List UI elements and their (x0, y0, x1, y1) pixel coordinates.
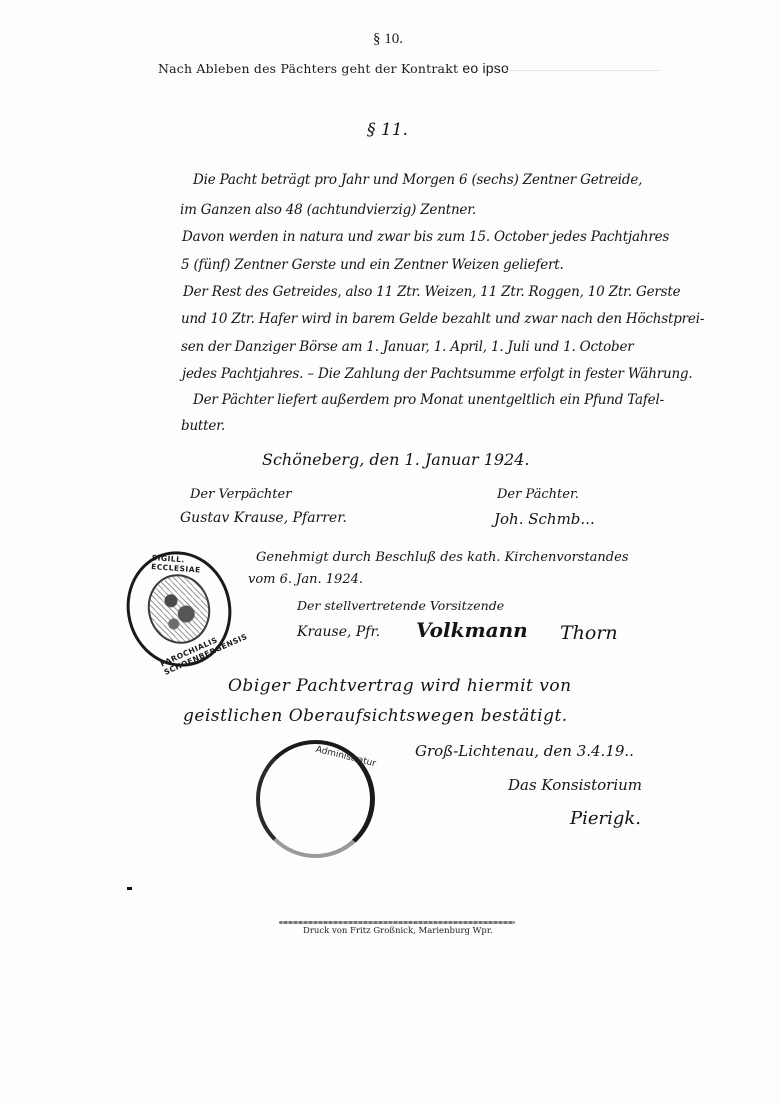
approval-date: 6. Jan. 1924. (280, 572, 363, 587)
section-11-line: Der Rest des Getreides, also 11 Ztr. Wei… (183, 284, 680, 300)
admin-seal-text: Administratur (315, 745, 377, 770)
lessor-signature: Gustav Krause, Pfarrer. (180, 510, 347, 526)
vice-chair-label: Der stellvertretende Vorsitzende (297, 598, 504, 613)
section-11-line: im Ganzen also 48 (achtundvierzig) Zentn… (180, 202, 476, 218)
confirmation-line-1: Obiger Pachtvertrag wird hiermit von (228, 676, 572, 696)
section-11-line: Die Pacht beträgt pro Jahr und Morgen 6 … (193, 172, 642, 188)
signature-thorn: Thorn (560, 622, 618, 644)
approval-line-1: Genehmigt durch Beschluß des kath. Kirch… (256, 550, 629, 565)
consistorium-label: Das Konsistorium (508, 776, 642, 794)
parish-seal-stamp: SIGILL. ECCLESIAE PAROCHIALIS SCHOENBERG… (115, 540, 244, 678)
confirmation-place-date: Groß-Lichtenau, den 3.4.19.. (415, 742, 634, 760)
section-10-heading: § 10. (373, 31, 403, 48)
section-10-latin-text: eo ipso (462, 60, 509, 76)
dotted-fill-line (500, 70, 660, 71)
section-11-line: Davon werden in natura und zwar bis zum … (182, 229, 669, 245)
section-10-text: Nach Ableben des Pächters geht der Kontr… (158, 60, 509, 76)
lessee-signature: Joh. Schmb... (494, 510, 595, 528)
section-11-line: Der Pächter liefert außerdem pro Monat u… (193, 392, 664, 408)
section-11-line: sen der Danziger Börse am 1. Januar, 1. … (181, 339, 634, 355)
section-11-line: 5 (fünf) Zentner Gerste und ein Zentner … (181, 257, 564, 273)
section-11-line: jedes Pachtjahres. – Die Zahlung der Pac… (182, 366, 692, 382)
signature-volkmann: Volkmann (416, 618, 528, 642)
printer-imprint: Druck von Fritz Großnick, Marienburg Wpr… (303, 926, 493, 936)
section-10-fraktur-text: Nach Ableben des Pächters geht der Kontr… (158, 61, 458, 76)
seal-text-top: SIGILL. ECCLESIAE (151, 553, 218, 576)
document-page: § 10. Nach Ableben des Pächters geht der… (0, 0, 780, 1103)
approval-line-2: vom 6. Jan. 1924. (248, 572, 363, 587)
lessor-label: Der Verpächter (190, 487, 291, 502)
signature-pierigk: Pierigk. (570, 808, 641, 829)
execution-place-date: Schöneberg, den 1. Januar 1924. (262, 450, 530, 469)
signature-krause: Krause, Pfr. (297, 624, 380, 640)
printer-rule-divider (279, 921, 515, 924)
approval-prefix: vom (248, 572, 276, 587)
ink-mark (127, 887, 132, 890)
administration-seal-stamp: Administratur (256, 740, 375, 858)
section-11-line: und 10 Ztr. Hafer wird in barem Gelde be… (181, 311, 704, 327)
section-11-heading: § 11. (367, 120, 408, 140)
lessee-label: Der Pächter. (497, 487, 579, 502)
section-11-line: butter. (181, 418, 225, 434)
confirmation-line-2: geistlichen Oberaufsichtswegen bestätigt… (183, 706, 568, 726)
